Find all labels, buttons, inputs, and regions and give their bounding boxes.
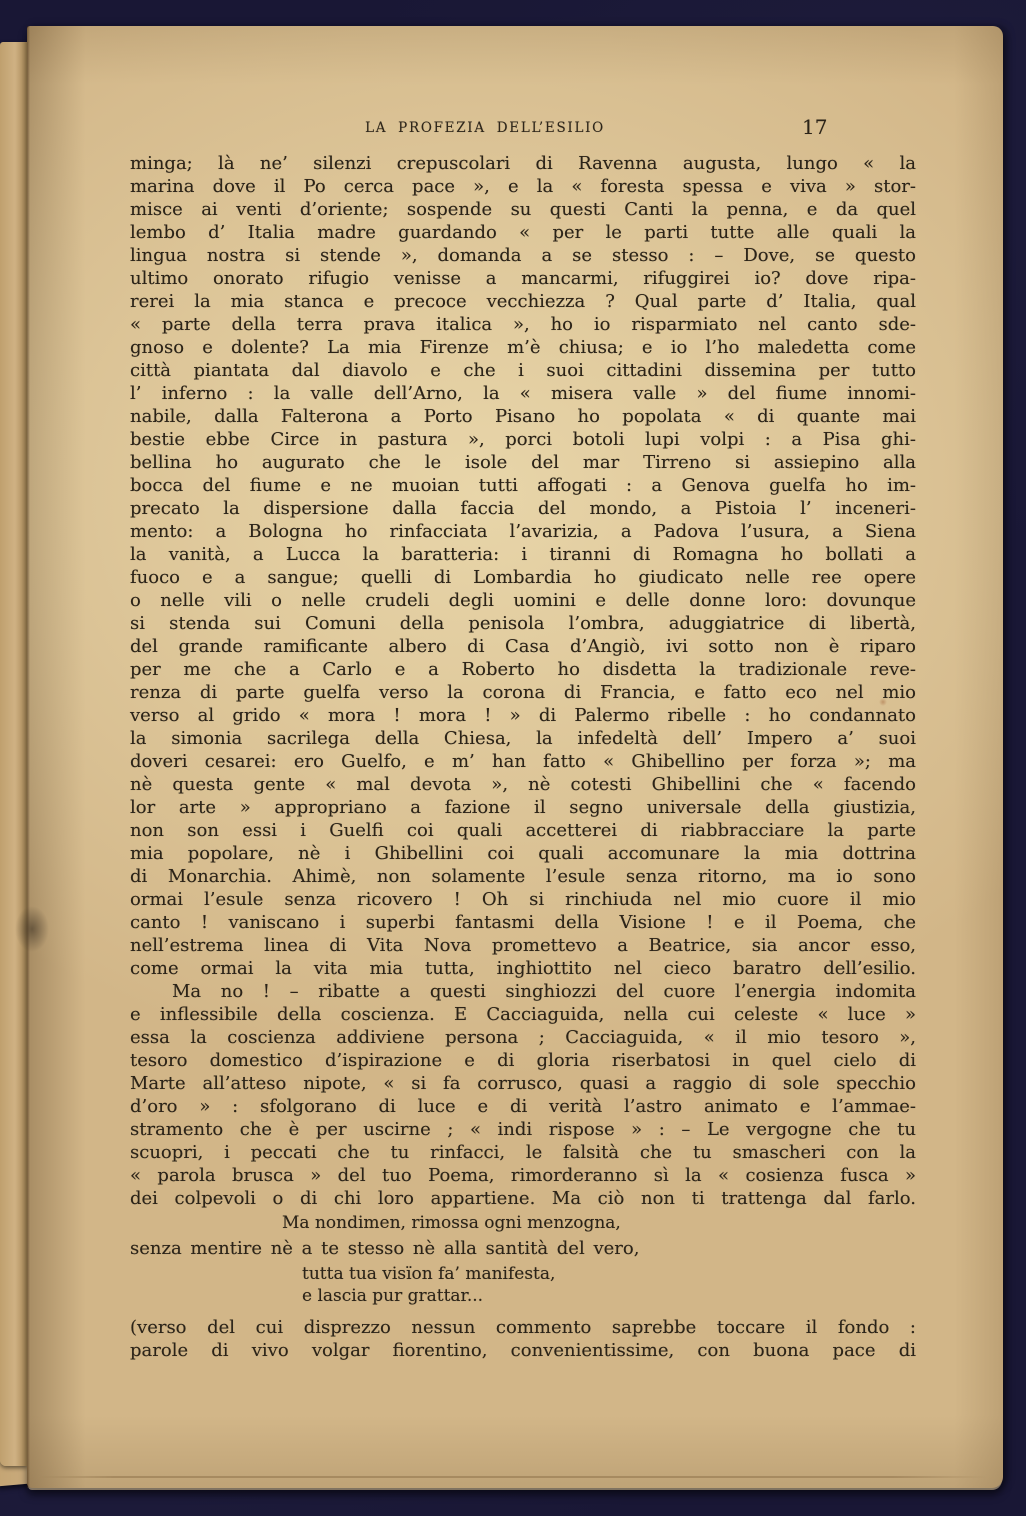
text-line: ormai l’esule senza ricovero ! Oh si rin…: [130, 888, 916, 911]
paragraph-continuation: minga; là ne’ silenzi crepuscolari di Ra…: [130, 152, 916, 980]
text-line: marina dove il Po cerca pace », e la « f…: [130, 175, 916, 198]
text-line: bestie ebbe Circe in pastura », porci bo…: [130, 428, 916, 451]
text-line: non son essi i Guelfi coi quali accetter…: [130, 819, 916, 842]
text-line: misce ai venti d’oriente; sospende su qu…: [130, 198, 916, 221]
page-number: 17: [802, 115, 827, 139]
text-line: renza di parte guelfa verso la corona di…: [130, 681, 916, 704]
text-line: bellina ho augurato che le isole del mar…: [130, 451, 916, 474]
text-line: lembo d’ Italia madre guardando « per le…: [130, 221, 916, 244]
scan-background: LA PROFEZIA DELL’ESILIO 17 minga; là ne’…: [0, 0, 1026, 1516]
text-line: precato la dispersione dalla faccia del …: [130, 497, 916, 520]
text-line: doveri cesarei: ero Guelfo, e m’ han fat…: [130, 750, 916, 773]
text-line: e inflessibile della coscienza. E Caccia…: [130, 1003, 916, 1026]
running-title: LA PROFEZIA DELL’ESILIO: [130, 120, 840, 136]
paper-blemish: [15, 906, 49, 952]
text-line: stramento che è per uscirne ; « indi ris…: [130, 1118, 916, 1141]
text-line: essa la coscienza addiviene persona ; Ca…: [130, 1026, 916, 1049]
paragraph-commentary: (verso del cui disprezzo nessun commento…: [130, 1316, 916, 1362]
running-head: LA PROFEZIA DELL’ESILIO 17: [130, 118, 916, 142]
facing-page-edge: [0, 42, 27, 1466]
text-line: verso al grido « mora ! mora ! » di Pale…: [130, 704, 916, 727]
text-line: città piantata dal diavolo e che i suoi …: [130, 359, 916, 382]
text-line: per me che a Carlo e a Roberto ho disdet…: [130, 658, 916, 681]
text-line: minga; là ne’ silenzi crepuscolari di Ra…: [130, 152, 916, 175]
verse-line-indented: Ma nondimen, rimossa ogni menzogna,: [282, 1212, 916, 1234]
text-line: come ormai la vita mia tutta, inghiottit…: [130, 957, 916, 980]
text-line: Ma no ! – ribatte a questi singhiozzi de…: [130, 980, 916, 1003]
text-line: la vanità, a Lucca la baratteria: i tira…: [130, 543, 916, 566]
text-line: bocca del fiume e ne muoian tutti affoga…: [130, 474, 916, 497]
text-line: d’oro » : sfolgorano di luce e di verità…: [130, 1095, 916, 1118]
text-line: mento: a Bologna ho rinfacciata l’avariz…: [130, 520, 916, 543]
text-line: mia popolare, nè i Ghibellini coi quali …: [130, 842, 916, 865]
text-line: fuoco e a sangue; quelli di Lombardia ho…: [130, 566, 916, 589]
text-line: la simonia sacrilega della Chiesa, la in…: [130, 727, 916, 750]
text-line: canto ! vaniscano i superbi fantasmi del…: [130, 911, 916, 934]
text-line: del grande ramificante albero di Casa d’…: [130, 635, 916, 658]
text-line: lingua nostra si stende », domanda a se …: [130, 244, 916, 267]
text-line: « parola brusca » del tuo Poema, rimorde…: [130, 1164, 916, 1187]
text-line: si stenda sui Comuni della penisola l’om…: [130, 612, 916, 635]
text-line: nè questa gente « mal devota », nè cotes…: [130, 773, 916, 796]
paragraph: Ma no ! – ribatte a questi singhiozzi de…: [130, 980, 916, 1210]
page-content: LA PROFEZIA DELL’ESILIO 17 minga; là ne’…: [130, 118, 916, 1362]
verse-block: tutta tua visïon fa’ manifesta,e lascia …: [130, 1263, 916, 1307]
verse-line: e lascia pur grattar...: [302, 1285, 916, 1307]
text-line: o nelle vili o nelle crudeli degli uomin…: [130, 589, 916, 612]
text-line: rerei la mia stanca e precoce vecchiezza…: [130, 290, 916, 313]
text-line: di Monarchia. Ahimè, non solamente l’esu…: [130, 865, 916, 888]
text-line: nabile, dalla Falterona a Porto Pisano h…: [130, 405, 916, 428]
text-line: scuopri, i peccati che tu rinfacci, le f…: [130, 1141, 916, 1164]
text-line: Marte all’atteso nipote, « si fa corrusc…: [130, 1072, 916, 1095]
text-line: l’ inferno : la valle dell’Arno, la « mi…: [130, 382, 916, 405]
text-line: ultimo onorato rifugio venisse a mancarm…: [130, 267, 916, 290]
text-line: dei colpevoli o di chi loro appartiene. …: [130, 1187, 916, 1210]
text-line: nell’estrema linea di Vita Nova promette…: [130, 934, 916, 957]
text-line: lor arte » appropriano a fazione il segn…: [130, 796, 916, 819]
text-line: « parte della terra prava italica », ho …: [130, 313, 916, 336]
text-line: parole di vivo volgar fiorentino, conven…: [130, 1339, 916, 1362]
book-page: LA PROFEZIA DELL’ESILIO 17 minga; là ne’…: [27, 26, 1003, 1488]
verse-line: tutta tua visïon fa’ manifesta,: [302, 1263, 916, 1285]
verse-line-wide: senza mentire nè a te stesso nè alla san…: [130, 1237, 916, 1260]
text-line: tesoro domestico d’ispirazione e di glor…: [130, 1049, 916, 1072]
text-line: (verso del cui disprezzo nessun commento…: [130, 1316, 916, 1339]
text-line: gnoso e dolente? La mia Firenze m’è chiu…: [130, 336, 916, 359]
page-stack-edge: [39, 1476, 987, 1478]
